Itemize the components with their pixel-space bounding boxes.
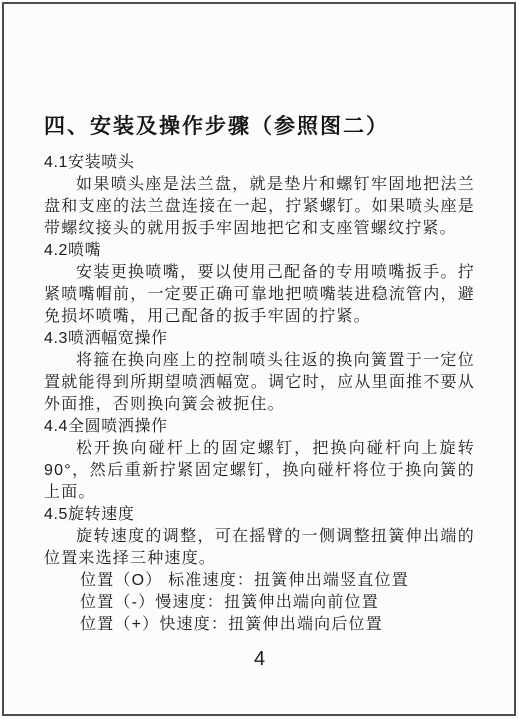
section-rotation-speed: 4.5旋转速度 旋转速度的调整，可在摇臂的一侧调整扭簧伸出端的位置来选择三种速度…	[44, 504, 475, 570]
section-heading: 4.1安装喷头	[44, 152, 475, 174]
section-heading: 4.3喷洒幅宽操作	[44, 328, 475, 350]
section-paragraph: 安装更换喷嘴，要以使用己配备的专用喷嘴扳手。拧紧喷嘴帽前，一定要正确可靠地把喷嘴…	[44, 262, 475, 328]
document-body: 四、安装及操作步骤（参照图二） 4.1安装喷头 如果喷头座是法兰盘，就是垫片和螺…	[44, 112, 475, 636]
section-heading: 4.2喷嘴	[44, 240, 475, 262]
page-number: 4	[0, 648, 519, 671]
section-full-circle: 4.4全圆喷洒操作 松开换向碰杆上的固定螺钉，把换向碰杆向上旋转90°，然后重新…	[44, 416, 475, 504]
document-page: 四、安装及操作步骤（参照图二） 4.1安装喷头 如果喷头座是法兰盘，就是垫片和螺…	[0, 0, 519, 719]
speed-option-slow: 位置（-）慢速度：扭簧伸出端向前位置	[44, 592, 475, 614]
speed-option-list: 位置（O） 标准速度：扭簧伸出端竖直位置 位置（-）慢速度：扭簧伸出端向前位置 …	[44, 570, 475, 636]
section-heading: 4.4全圆喷洒操作	[44, 416, 475, 438]
section-paragraph: 旋转速度的调整，可在摇臂的一侧调整扭簧伸出端的位置来选择三种速度。	[44, 526, 475, 570]
section-paragraph: 如果喷头座是法兰盘，就是垫片和螺钉牢固地把法兰盘和支座的法兰盘连接在一起，拧紧螺…	[44, 174, 475, 240]
speed-option-fast: 位置（+）快速度：扭簧伸出端向后位置	[44, 614, 475, 636]
page-title: 四、安装及操作步骤（参照图二）	[44, 112, 475, 142]
section-paragraph: 将箍在换向座上的控制喷头往返的换向簧置于一定位置就能得到所期望喷洒幅宽。调它时，…	[44, 350, 475, 416]
section-nozzle: 4.2喷嘴 安装更换喷嘴，要以使用己配备的专用喷嘴扳手。拧紧喷嘴帽前，一定要正确…	[44, 240, 475, 328]
section-paragraph: 松开换向碰杆上的固定螺钉，把换向碰杆向上旋转90°，然后重新拧紧固定螺钉，换向碰…	[44, 438, 475, 504]
section-spray-width: 4.3喷洒幅宽操作 将箍在换向座上的控制喷头往返的换向簧置于一定位置就能得到所期…	[44, 328, 475, 416]
section-install-sprinkler: 4.1安装喷头 如果喷头座是法兰盘，就是垫片和螺钉牢固地把法兰盘和支座的法兰盘连…	[44, 152, 475, 240]
speed-option-standard: 位置（O） 标准速度：扭簧伸出端竖直位置	[44, 570, 475, 592]
section-heading: 4.5旋转速度	[44, 504, 475, 526]
